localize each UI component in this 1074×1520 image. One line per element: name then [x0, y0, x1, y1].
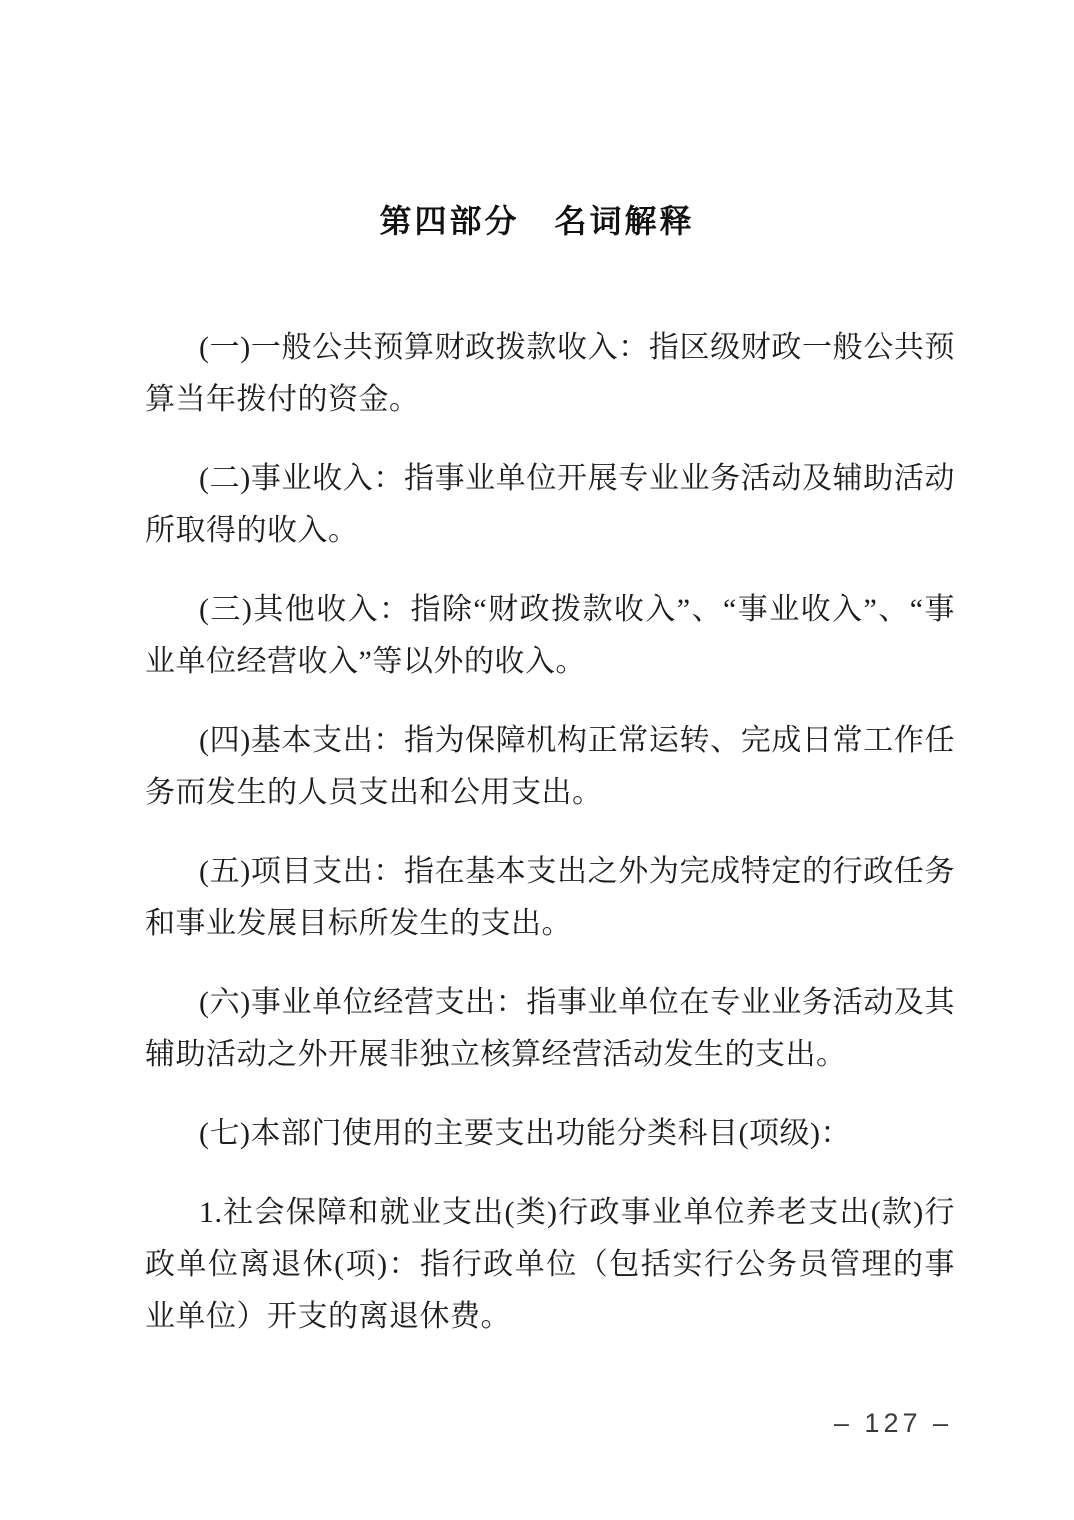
paragraph-definition-4: (四)基本支出：指为保障机构正常运转、完成日常工作任务而发生的人员支出和公用支出…	[145, 715, 955, 819]
paragraph-definition-7: (七)本部门使用的主要支出功能分类科目(项级)：	[145, 1108, 955, 1160]
paragraph-definition-6: (六)事业单位经营支出：指事业单位在专业业务活动及其辅助活动之外开展非独立核算经…	[145, 977, 955, 1081]
paragraph-definition-8: 1.社会保障和就业支出(类)行政事业单位养老支出(款)行政单位离退休(项)：指行…	[145, 1187, 955, 1343]
document-body: (一)一般公共预算财政拨款收入：指区级财政一般公共预算当年拨付的资金。 (二)事…	[145, 322, 955, 1370]
document-page: 第四部分 名词解释 (一)一般公共预算财政拨款收入：指区级财政一般公共预算当年拨…	[0, 0, 1074, 1520]
paragraph-definition-5: (五)项目支出：指在基本支出之外为完成特定的行政任务和事业发展目标所发生的支出。	[145, 846, 955, 950]
paragraph-definition-1: (一)一般公共预算财政拨款收入：指区级财政一般公共预算当年拨付的资金。	[145, 322, 955, 426]
section-title: 第四部分 名词解释	[0, 196, 1074, 242]
paragraph-definition-3: (三)其他收入：指除“财政拨款收入”、“事业收入”、“事业单位经营收入”等以外的…	[145, 584, 955, 688]
paragraph-definition-2: (二)事业收入：指事业单位开展专业业务活动及辅助活动所取得的收入。	[145, 453, 955, 557]
page-number: – 127 –	[834, 1408, 952, 1439]
